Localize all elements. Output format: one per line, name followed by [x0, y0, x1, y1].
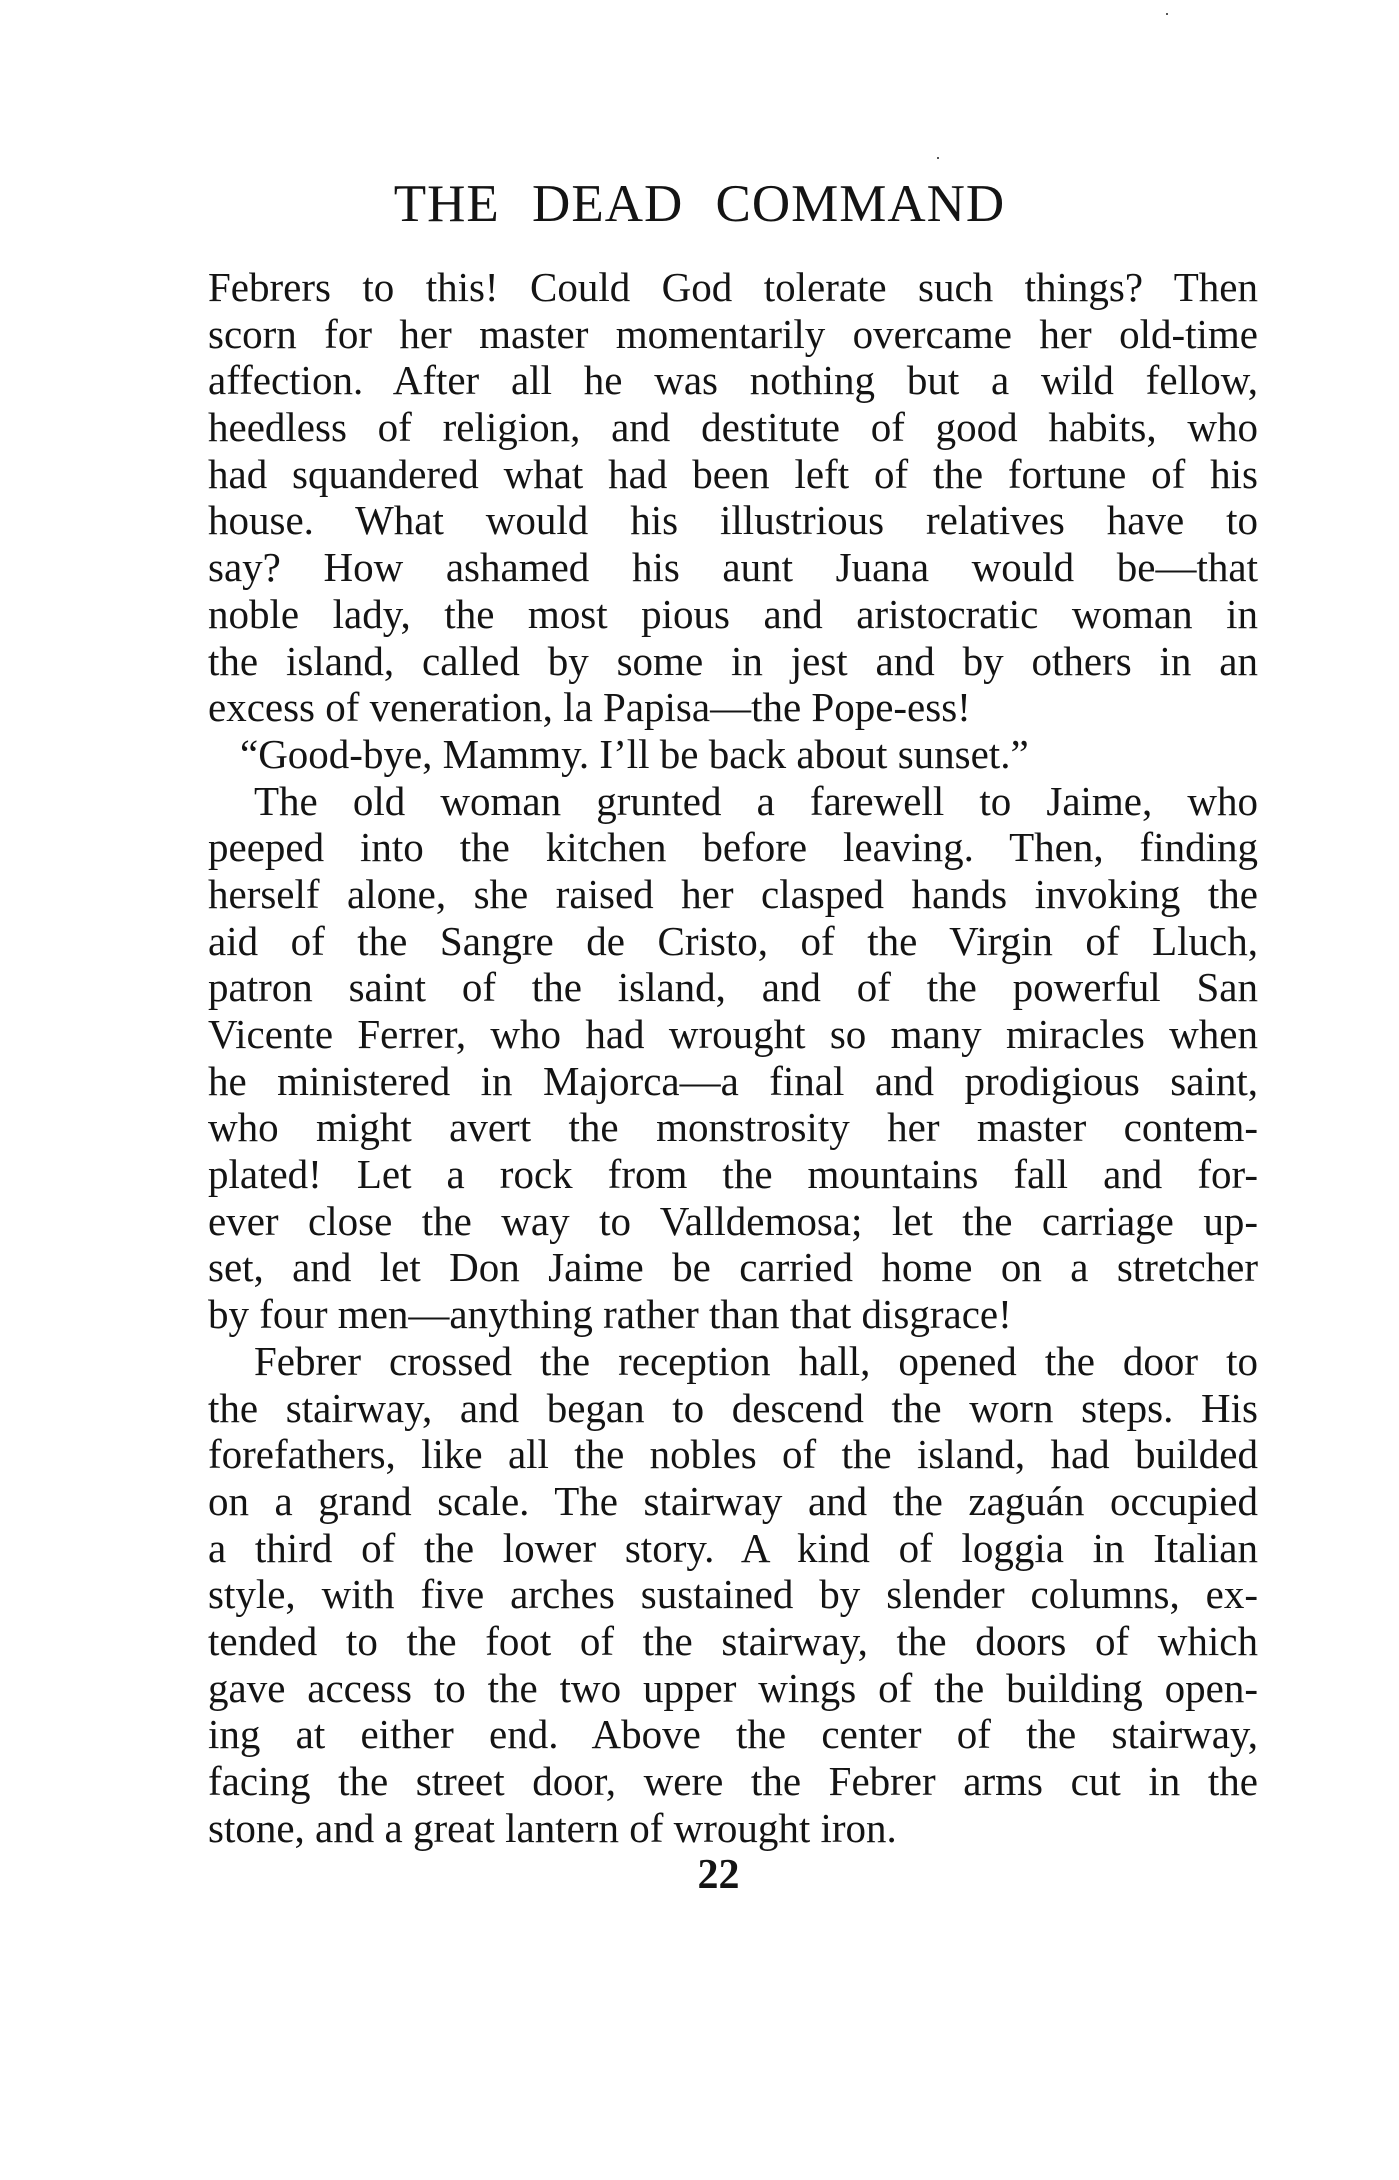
- text-line: Febrers to this! Could God tolerate such…: [208, 264, 1258, 311]
- text-line: peeped into the kitchen before leaving. …: [208, 824, 1258, 871]
- scan-speck: [937, 157, 939, 159]
- text-line: the island, called by some in jest and b…: [208, 638, 1258, 685]
- text-line: noble lady, the most pious and aristocra…: [208, 591, 1258, 638]
- text-line: on a grand scale. The stairway and the z…: [208, 1478, 1258, 1525]
- book-page: THE DEAD COMMAND Febrers to this! Could …: [0, 0, 1399, 2180]
- text-line: scorn for her master momentarily overcam…: [208, 311, 1258, 358]
- text-line: The old woman grunted a farewell to Jaim…: [208, 778, 1258, 825]
- running-head: THE DEAD COMMAND: [0, 174, 1399, 234]
- text-line: plated! Let a rock from the mountains fa…: [208, 1151, 1258, 1198]
- text-line: forefathers, like all the nobles of the …: [208, 1431, 1258, 1478]
- text-line: affection. After all he was nothing but …: [208, 357, 1258, 404]
- text-line: had squandered what had been left of the…: [208, 451, 1258, 498]
- text-line: the stairway, and began to descend the w…: [208, 1385, 1258, 1432]
- text-line: by four men—anything rather than that di…: [208, 1291, 1258, 1338]
- body-text: Febrers to this! Could God tolerate such…: [208, 264, 1258, 1851]
- text-line: ing at either end. Above the center of t…: [208, 1711, 1258, 1758]
- text-line: tended to the foot of the stairway, the …: [208, 1618, 1258, 1665]
- paragraph: The old woman grunted a farewell to Jaim…: [208, 778, 1258, 1338]
- text-line: “Good-bye, Mammy. I’ll be back about sun…: [208, 731, 1258, 778]
- text-line: herself alone, she raised her clasped ha…: [208, 871, 1258, 918]
- text-line: say? How ashamed his aunt Juana would be…: [208, 544, 1258, 591]
- text-line: set, and let Don Jaime be carried home o…: [208, 1244, 1258, 1291]
- text-line: aid of the Sangre de Cristo, of the Virg…: [208, 918, 1258, 965]
- text-line: heedless of religion, and destitute of g…: [208, 404, 1258, 451]
- text-line: stone, and a great lantern of wrought ir…: [208, 1805, 1258, 1852]
- paragraph: Febrers to this! Could God tolerate such…: [208, 264, 1258, 731]
- text-line: patron saint of the island, and of the p…: [208, 964, 1258, 1011]
- text-line: he ministered in Majorca—a final and pro…: [208, 1058, 1258, 1105]
- text-line: who might avert the monstrosity her mast…: [208, 1104, 1258, 1151]
- page-number: 22: [0, 1852, 1399, 1898]
- text-line: Febrer crossed the reception hall, opene…: [208, 1338, 1258, 1385]
- paragraph: Febrer crossed the reception hall, opene…: [208, 1338, 1258, 1852]
- text-line: gave access to the two upper wings of th…: [208, 1665, 1258, 1712]
- text-line: a third of the lower story. A kind of lo…: [208, 1525, 1258, 1572]
- text-line: house. What would his illustrious relati…: [208, 497, 1258, 544]
- text-line: excess of veneration, la Papisa—the Pope…: [208, 684, 1258, 731]
- text-line: style, with five arches sustained by sle…: [208, 1571, 1258, 1618]
- paragraph-dialogue: “Good-bye, Mammy. I’ll be back about sun…: [208, 731, 1258, 778]
- text-line: ever close the way to Valldemosa; let th…: [208, 1198, 1258, 1245]
- scan-speck: [1166, 13, 1168, 15]
- text-line: Vicente Ferrer, who had wrought so many …: [208, 1011, 1258, 1058]
- text-line: facing the street door, were the Febrer …: [208, 1758, 1258, 1805]
